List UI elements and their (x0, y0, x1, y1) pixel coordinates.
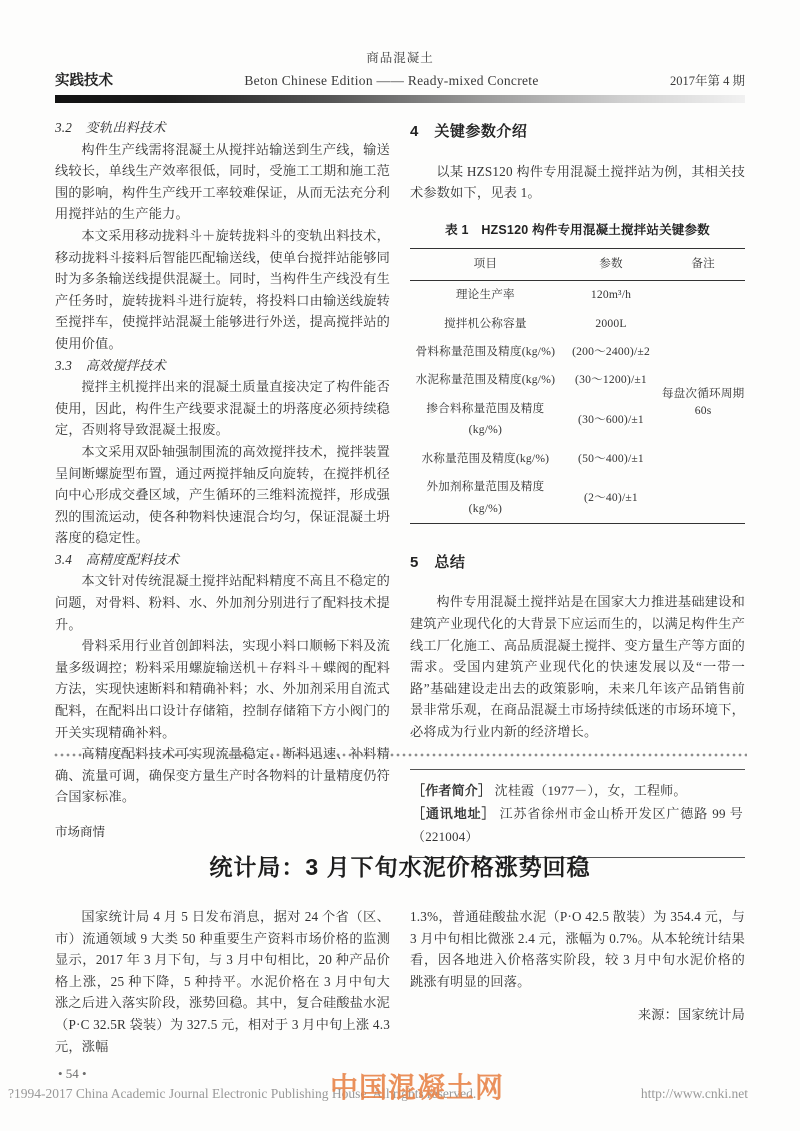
news-section: 市场商情 统计局：3 月下旬水泥价格涨势回稳 国家统计局 4 月 5 日发布消息… (55, 822, 745, 1057)
paragraph: 以某 HZS120 构件专用混凝土搅拌站为例，其相关技术参数如下，见表 1。 (410, 161, 745, 204)
section-3-4-heading: 3.4 高精度配料技术 (55, 549, 390, 571)
table-row: 理论生产率 120m³/h 每盘次循环周期 60s (410, 280, 745, 309)
table-caption: 表 1 HZS120 构件专用混凝土搅拌站关键参数 (410, 220, 745, 242)
news-column-label: 市场商情 (55, 822, 745, 840)
author-bio-line: ［作者简介］ 沈桂霞（1977－），女，工程师。 (412, 779, 743, 802)
publisher-url: http://www.cnki.net (641, 1086, 748, 1102)
parameters-table: 项目 参数 备注 理论生产率 120m³/h 每盘次循环周期 60s 搅拌机公称… (410, 248, 745, 523)
paragraph: 骨料采用行业首创卸料法，实现小料口顺畅下料及流量多级调控；粉料采用螺旋输送机＋存… (55, 635, 390, 743)
col-header-item: 项目 (410, 249, 561, 281)
author-bio-text: 沈桂霞（1977－），女，工程师。 (495, 783, 687, 798)
table-header-row: 项目 参数 备注 (410, 249, 745, 281)
cell-item: 外加剂称量范围及精度(kg/%) (410, 473, 561, 523)
article-body: 3.2 变轨出料技术 构件生产线需将混凝土从搅拌站输送到生产线，输送线较长，单线… (55, 117, 745, 858)
paragraph: 1.3%，普通硅酸盐水泥（P·O 42.5 散装）为 354.4 元，与 3 月… (410, 906, 745, 992)
paragraph: 本文采用双卧轴强制围流的高效搅拌技术，搅拌装置呈间断螺旋型布置，通过两搅拌轴反向… (55, 441, 390, 549)
paragraph: 构件专用混凝土搅拌站是在国家大力推进基础建设和建筑产业现代化的大背景下应运而生的… (410, 591, 745, 742)
cell-item: 水称量范围及精度(kg/%) (410, 444, 561, 472)
journal-title-cn: 商品混凝土 (0, 48, 800, 66)
issue-label: 2017年第 4 期 (670, 71, 745, 89)
paragraph: 本文针对传统混凝土搅拌站配料精度不高且不稳定的问题，对骨料、粉料、水、外加剂分别… (55, 570, 390, 635)
paragraph: 国家统计局 4 月 5 日发布消息，据对 24 个省（区、市）流通领域 9 大类… (55, 906, 390, 1057)
paragraph: 搅拌主机搅拌出来的混凝土质量直接决定了构件能否使用，因此，构件生产线要求混凝土的… (55, 376, 390, 441)
section-separator (53, 752, 747, 758)
cell-value: 2000L (561, 309, 662, 337)
section-3-3-heading: 3.3 高效搅拌技术 (55, 355, 390, 377)
cell-value: (30～1200)/±1 (561, 366, 662, 394)
col-header-note: 备注 (661, 249, 745, 281)
paragraph: 本文采用移动拢料斗＋旋转拢料斗的变轨出料技术，移动拢料斗接料后智能匹配输送线，使… (55, 225, 390, 355)
article-left-column: 3.2 变轨出料技术 构件生产线需将混凝土从搅拌站输送到生产线，输送线较长，单线… (55, 117, 390, 858)
section-5-heading: 5 总结 (410, 552, 745, 574)
column-section-label: 实践技术 (55, 69, 113, 90)
news-title: 统计局：3 月下旬水泥价格涨势回稳 (55, 849, 745, 882)
cell-item: 搅拌机公称容量 (410, 309, 561, 337)
news-body: 国家统计局 4 月 5 日发布消息，据对 24 个省（区、市）流通领域 9 大类… (55, 906, 745, 1057)
cell-value: (30～600)/±1 (561, 394, 662, 444)
section-3-2-heading: 3.2 变轨出料技术 (55, 117, 390, 139)
section-4-heading: 4 关键参数介绍 (410, 121, 745, 143)
page-number: • 54 • (58, 1066, 87, 1082)
cell-value: (200～2400)/±2 (561, 338, 662, 366)
page-header-row: 实践技术 Beton Chinese Edition —— Ready-mixe… (55, 69, 745, 90)
cell-value: (2～40)/±1 (561, 473, 662, 523)
cell-item: 水泥称量范围及精度(kg/%) (410, 366, 561, 394)
article-right-column: 4 关键参数介绍 以某 HZS120 构件专用混凝土搅拌站为例，其相关技术参数如… (410, 117, 745, 858)
paragraph: 构件生产线需将混凝土从搅拌站输送到生产线，输送线较长，单线生产效率很低，同时，受… (55, 139, 390, 225)
watermark-text: 中国混凝土网 (330, 1066, 504, 1106)
cell-item: 理论生产率 (410, 280, 561, 309)
cell-note-span: 每盘次循环周期 60s (661, 280, 745, 523)
address-label: ［通讯地址］ (412, 806, 495, 821)
news-right-column: 1.3%，普通硅酸盐水泥（P·O 42.5 散装）为 354.4 元，与 3 月… (410, 906, 745, 1057)
author-bio-label: ［作者简介］ (412, 783, 491, 798)
cell-value: (50～400)/±1 (561, 444, 662, 472)
cell-item: 骨料称量范围及精度(kg/%) (410, 338, 561, 366)
cell-value: 120m³/h (561, 280, 662, 309)
header-gradient-bar (55, 95, 745, 103)
journal-title-en: Beton Chinese Edition —— Ready-mixed Con… (113, 73, 670, 89)
cell-item: 掺合料称量范围及精度(kg/%) (410, 394, 561, 444)
news-source: 来源：国家统计局 (410, 1004, 745, 1026)
news-left-column: 国家统计局 4 月 5 日发布消息，据对 24 个省（区、市）流通领域 9 大类… (55, 906, 390, 1057)
col-header-parameter: 参数 (561, 249, 662, 281)
